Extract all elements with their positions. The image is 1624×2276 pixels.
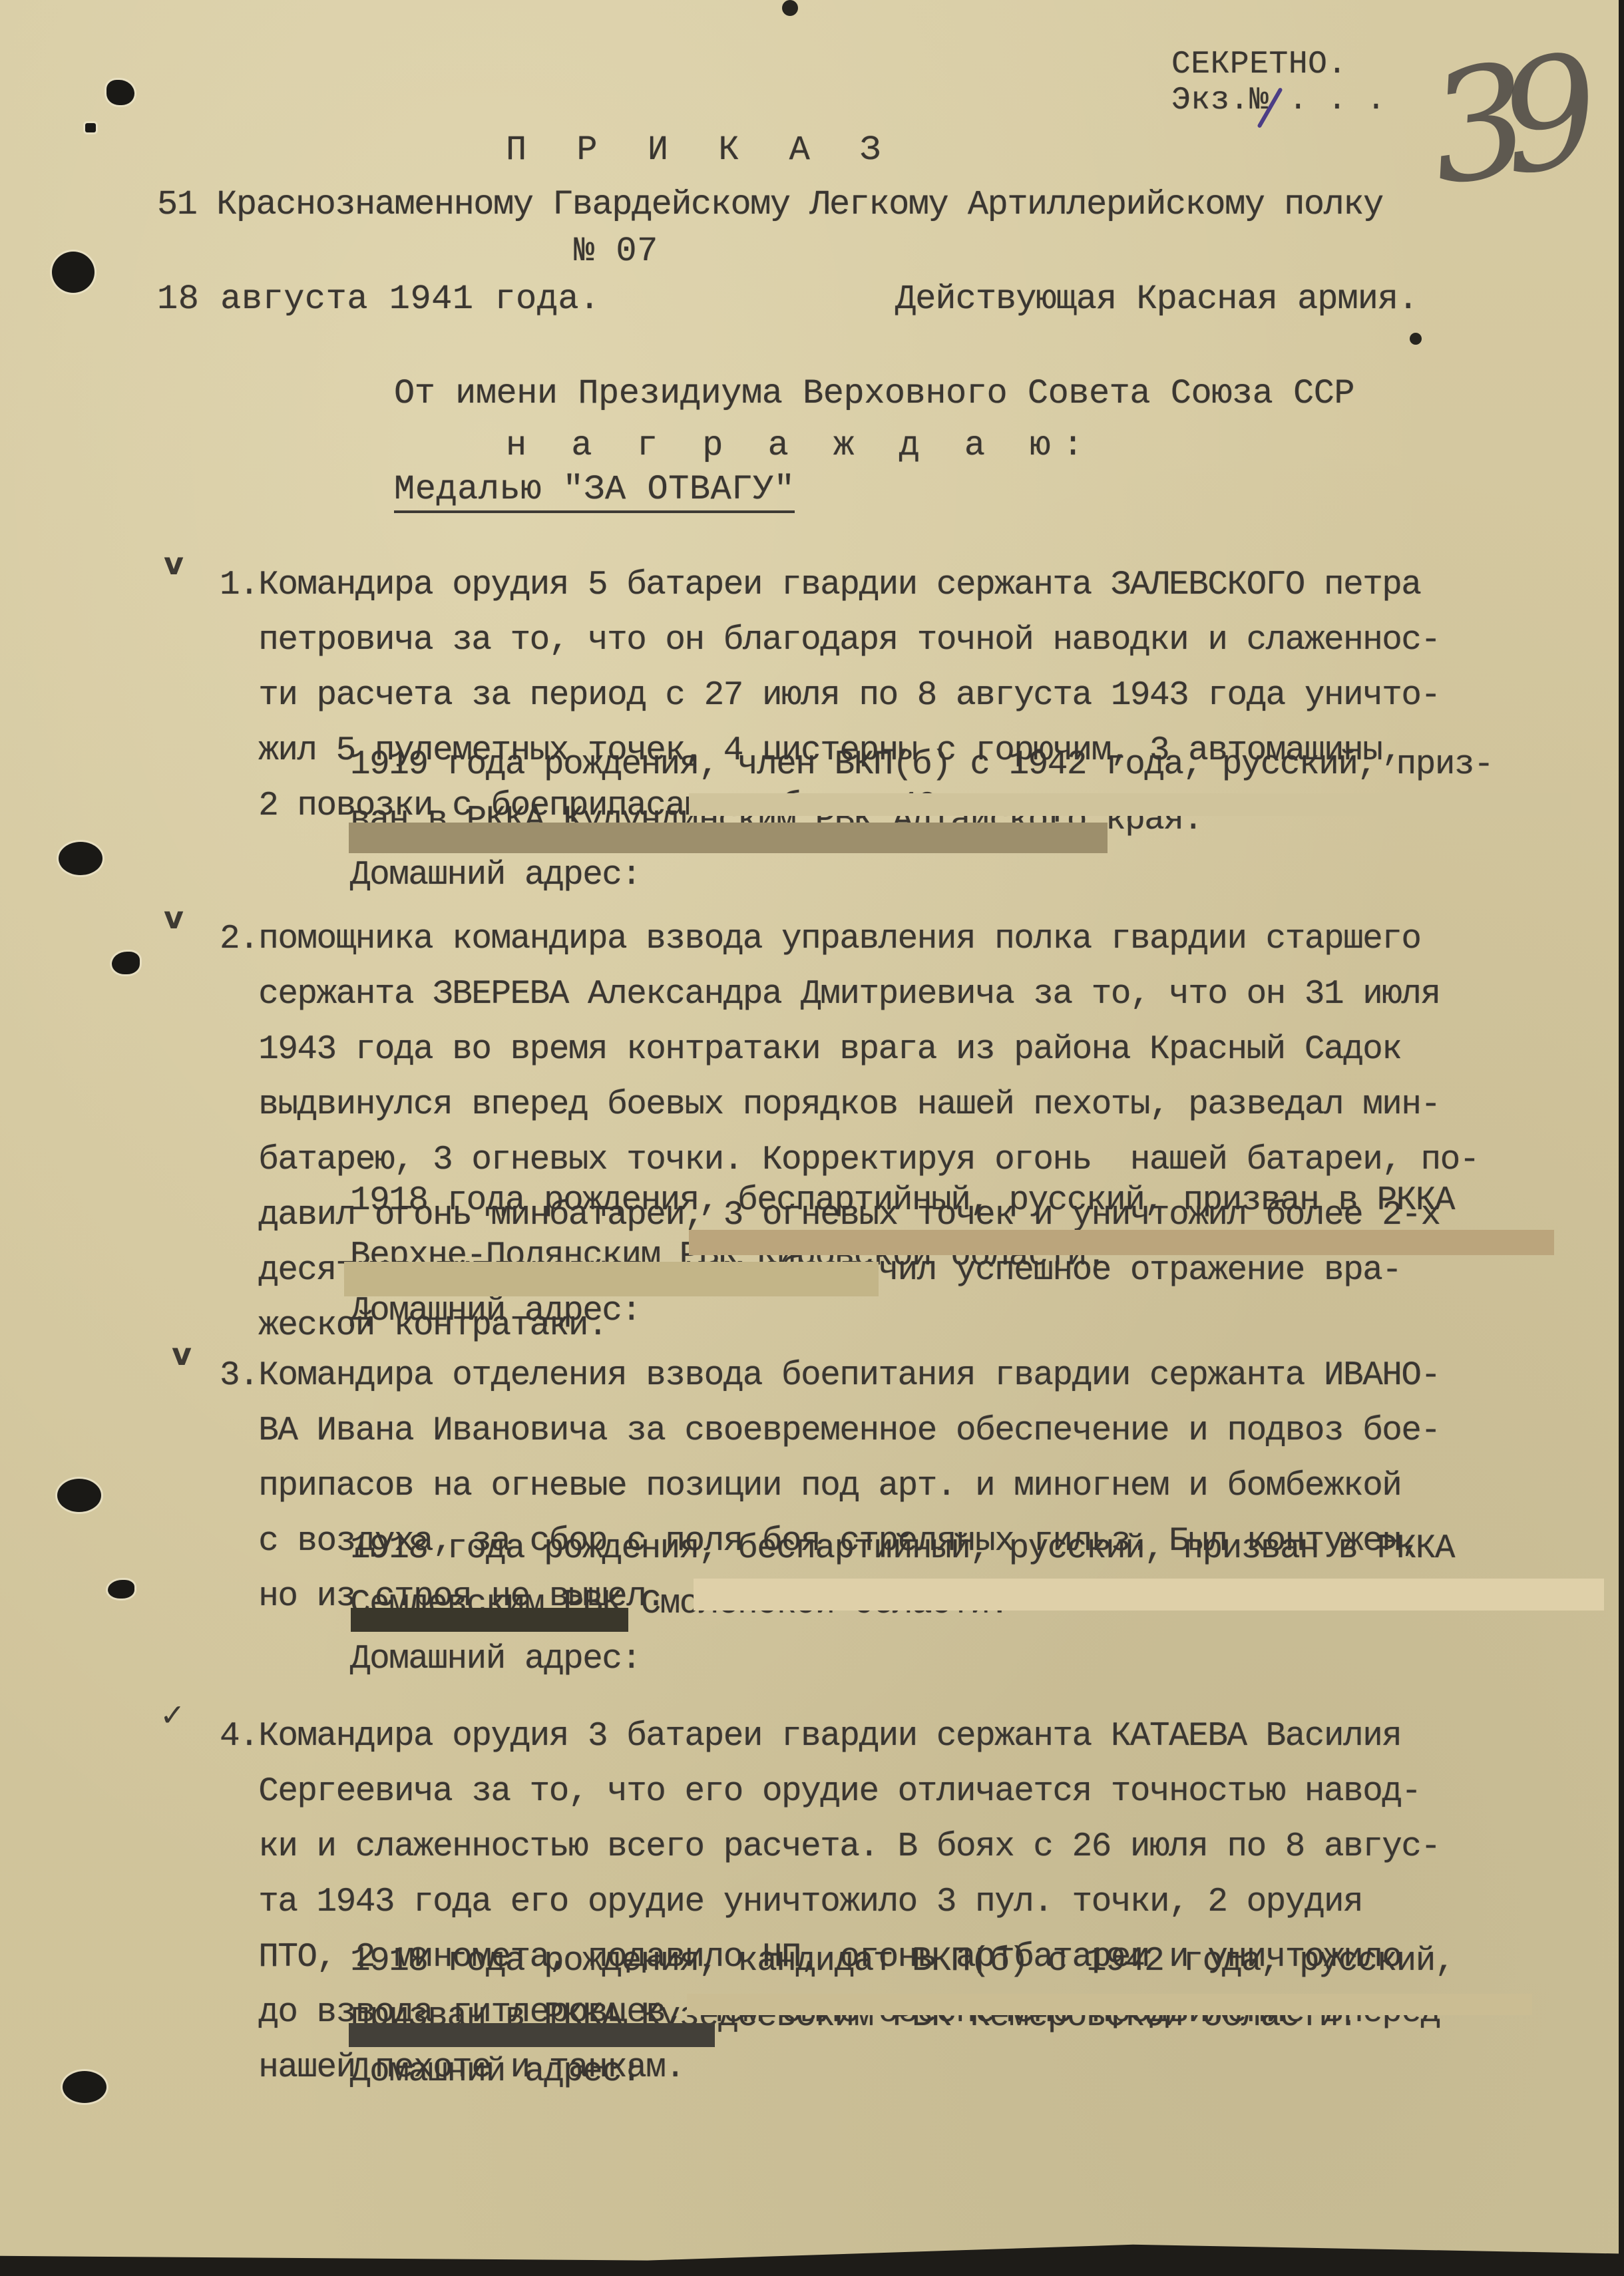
entry-line: петровича за то, что он благодаря точной…	[220, 625, 1440, 656]
bio-line: 1918 года рождения, беспартийный, русски…	[350, 1533, 1454, 1565]
entry-line: 3.Командира отделения взвода боепитания …	[220, 1360, 1440, 1392]
bio-line: 1918 года рождения, кандидат ВКП(б) с 19…	[350, 1946, 1454, 1977]
entry-line: ВА Ивана Ивановича за своевременное обес…	[220, 1416, 1440, 1447]
punch-hole	[63, 2071, 106, 2103]
redacted-address	[689, 1230, 1554, 1255]
entry-line: Сергеевича за то, что его орудие отличае…	[220, 1776, 1440, 1807]
address-label: Домашний адрес:	[350, 860, 1493, 891]
redacted-address	[694, 1579, 1604, 1611]
ink-speck	[1410, 333, 1422, 345]
checkmark-icon: v	[172, 1336, 192, 1372]
entry-line: ти расчета за период с 27 июля по 8 авгу…	[220, 680, 1440, 711]
redacted-address	[349, 823, 1108, 853]
entry-line: 1943 года во время контратаки врага из р…	[220, 1034, 1479, 1065]
entry-line: 4.Командира орудия 3 батареи гвардии сер…	[220, 1721, 1440, 1752]
bio-entry-2: 1918 года рождения, беспартийный, русски…	[350, 1161, 1454, 1351]
preamble: От имени Президиума Верховного Совета Со…	[394, 374, 1354, 413]
bio-entry-1: 1919 года рождения, член ВКП(б) с 1942 г…	[350, 725, 1493, 915]
unit-name: 51 Краснознаменному Гвардейскому Легкому…	[157, 185, 1383, 224]
document-page: СЕКРЕТНО. Экз.№ . . . 39 П Р И К А З 51 …	[0, 0, 1619, 2263]
entry-line: выдвинулся вперед боевых порядков нашей …	[220, 1089, 1479, 1121]
redacted-address	[351, 1608, 628, 1632]
redacted-address	[687, 1994, 1532, 2015]
redacted-address	[344, 1262, 879, 1296]
punch-hole	[52, 252, 95, 293]
award-verb: н а г р а ж д а ю:	[506, 426, 1096, 465]
redacted-address	[689, 793, 1571, 816]
pencil-page-number: 39	[1419, 25, 1584, 220]
entry-line: та 1943 года его орудие уничтожило 3 пул…	[220, 1887, 1440, 1918]
classification-mark: СЕКРЕТНО.	[1171, 48, 1347, 81]
checkmark-icon: v	[164, 900, 184, 936]
punch-hole	[108, 1580, 134, 1599]
punch-hole	[112, 952, 140, 974]
order-date: 18 августа 1941 года.	[157, 280, 600, 319]
ink-speck	[782, 0, 798, 16]
punch-hole	[57, 1479, 101, 1512]
bio-line: 1918 года рождения, беспартийный, русски…	[350, 1185, 1454, 1217]
address-label: Домашний адрес:	[350, 1296, 1454, 1327]
entry-line: ки и слаженностью всего расчета. В боях …	[220, 1831, 1440, 1863]
checkmark-icon: v	[164, 546, 184, 582]
order-location: Действующая Красная армия.	[895, 280, 1418, 319]
award-name: Медалью "ЗА ОТВАГУ"	[394, 470, 795, 513]
address-label: Домашний адрес:	[350, 1644, 1454, 1675]
order-number: № 07	[574, 232, 658, 271]
address-label: Домашний адрес:	[350, 2056, 1454, 2088]
entry-line: 2.помощника командира взвода управления …	[220, 924, 1479, 955]
punch-hole	[59, 842, 102, 875]
entry-line: припасов на огневые позиции под арт. и м…	[220, 1471, 1440, 1502]
order-title: П Р И К А З	[506, 130, 895, 170]
entry-line: сержанта ЗВЕРЕВА Александра Дмитриевича …	[220, 979, 1479, 1010]
bio-line: 1919 года рождения, член ВКП(б) с 1942 г…	[350, 749, 1493, 781]
redacted-address	[349, 2023, 715, 2047]
punch-hole	[85, 123, 96, 132]
punch-hole	[106, 80, 134, 105]
entry-line: 1.Командира орудия 5 батареи гвардии сер…	[220, 570, 1440, 601]
checkmark-icon: ✓	[160, 1697, 186, 1733]
bio-entry-4: 1918 года рождения, кандидат ВКП(б) с 19…	[350, 1922, 1454, 2112]
